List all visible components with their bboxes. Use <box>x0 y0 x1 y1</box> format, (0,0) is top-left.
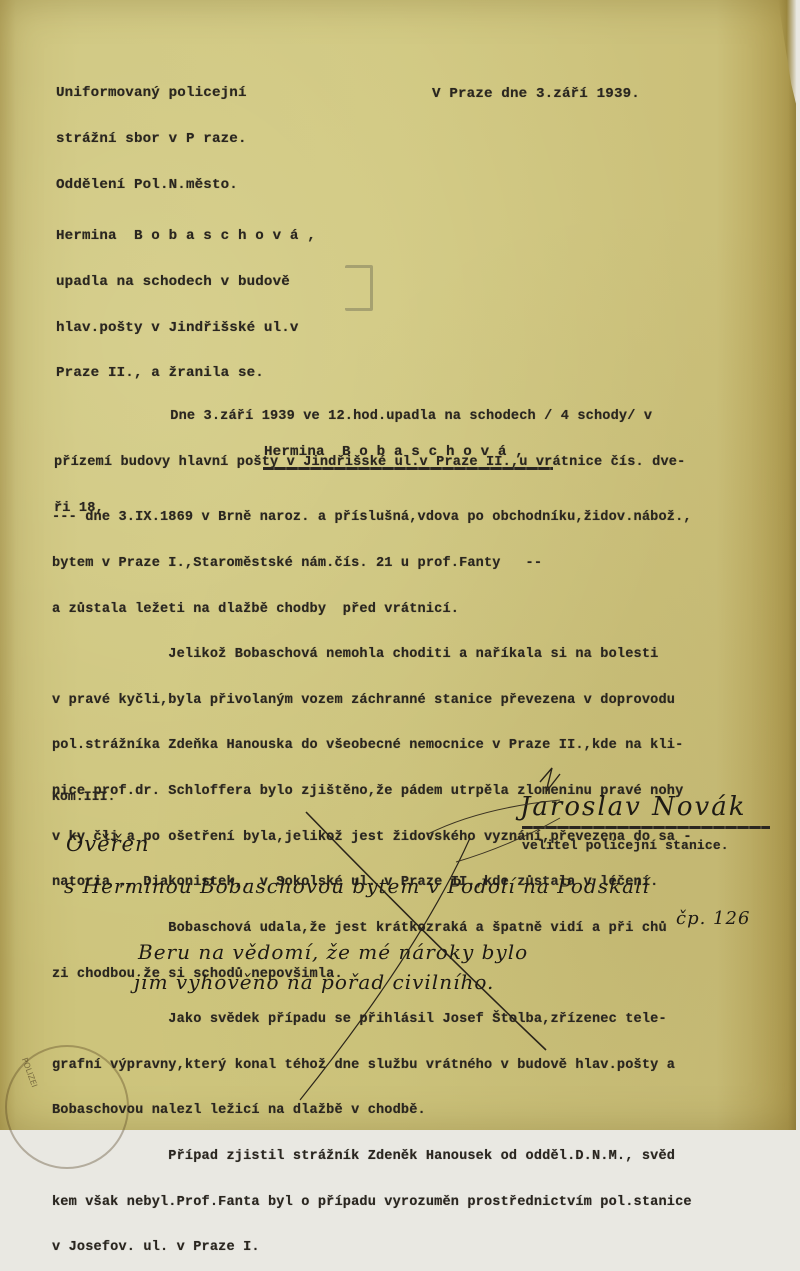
pen-strokes <box>0 0 800 1130</box>
cross-out-stroke <box>300 838 470 1100</box>
signature-initial-stroke <box>540 768 560 792</box>
signature-flourish <box>456 818 560 862</box>
cross-out-stroke <box>306 812 546 1050</box>
